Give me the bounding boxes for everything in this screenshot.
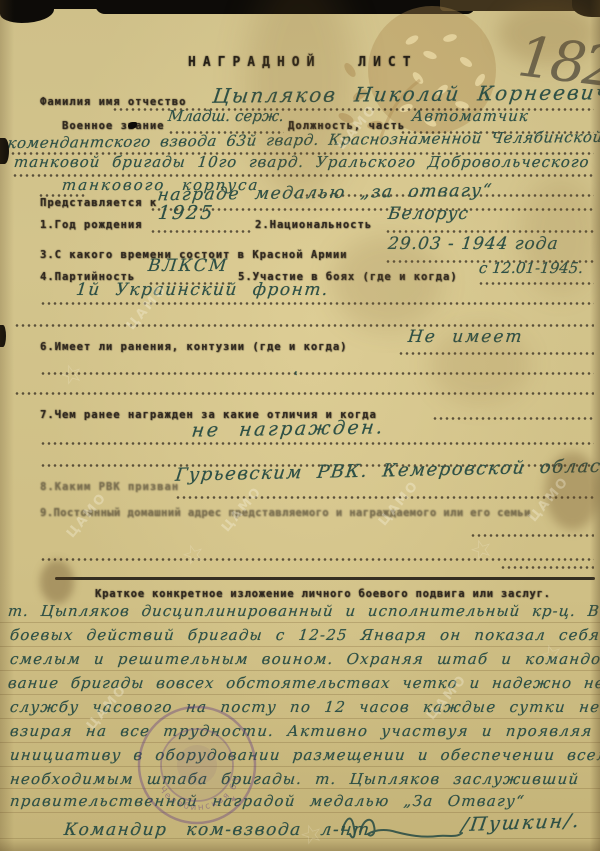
party-value: ВЛКСМ [147, 256, 229, 276]
dotted-line [385, 230, 594, 233]
drafted-by-value: Гурьевским РВК. Кемеровской области [174, 455, 600, 486]
feat-heading: Краткое конкретное изложение личного бое… [95, 588, 551, 600]
edge-mark [0, 138, 9, 164]
name-label: Фамилия имя отчество [40, 96, 186, 108]
unit-line-2: танковой бригады 10го гвард. Уральского … [13, 153, 591, 171]
dotted-line [478, 282, 594, 285]
stamp-star-icon: ★ [230, 791, 237, 805]
nationality-value: Белорус [387, 204, 470, 224]
position-value: Автоматчик [411, 107, 530, 125]
page-title: НАГРАДНОЙ ЛИСТ [188, 55, 418, 70]
ruled-line [0, 788, 600, 789]
archive-watermark: ЦАМО [376, 478, 422, 529]
torn-edge-blob-left [0, 0, 54, 23]
rank-label: Военное звание [62, 120, 165, 132]
torn-edge-corner [572, 0, 600, 17]
dotted-line [432, 417, 594, 420]
ruled-line [0, 670, 600, 671]
dotted-line [14, 392, 594, 395]
dotted-line [40, 372, 594, 375]
prior-awards-value: не награжден. [190, 416, 386, 441]
feat-line-8: необходимым штаба бригады. т. Цыпляков з… [9, 770, 580, 788]
edge-mark [0, 325, 6, 347]
dotted-line [500, 566, 594, 569]
section-divider [55, 577, 595, 580]
archive-watermark: ЦАМО [526, 474, 572, 525]
ruled-line [0, 694, 600, 695]
dotted-line [175, 496, 594, 499]
battles-value: с 12.01-1945. [478, 259, 584, 277]
dotted-line [398, 352, 594, 355]
unit-stamp: Челябинская 63 ★ [132, 700, 262, 830]
home-address-label: 9.Постоянный домашний адрес представляем… [40, 507, 531, 519]
feat-line-4: вание бригады вовсех обстоятельствах чет… [7, 674, 600, 692]
signature-role: Командир ком-взвода л-нт [63, 820, 372, 840]
stain [40, 560, 74, 604]
dotted-line [40, 302, 594, 305]
dotted-line [150, 230, 252, 233]
ruled-line [0, 622, 600, 623]
dotted-line [150, 208, 594, 211]
nationality-label: 2.Национальность [255, 219, 372, 231]
feat-line-2: боевых действий бригады с 12-25 Января о… [9, 626, 600, 644]
ruled-line [0, 742, 600, 743]
drafted-by-label: 8.Каким РВК призван [40, 481, 179, 493]
birth-year-label: 1.Год рождения [40, 219, 143, 231]
signature-name: /Пушкин/. [460, 810, 582, 836]
ruled-line [0, 646, 600, 647]
star-watermark-icon: ☆ [56, 357, 87, 393]
star-watermark-icon: ☆ [466, 532, 497, 568]
dotted-line [40, 558, 594, 561]
dotted-line [40, 442, 594, 445]
presented-label: Представляется к [40, 197, 157, 209]
star-watermark-icon: ☆ [178, 537, 209, 573]
award-sheet-document: 182 НАГРАДНОЙ ЛИСТ Фамилия имя отчество … [0, 0, 600, 851]
name-value: Цыпляков Николай Корнеевич [211, 80, 600, 107]
feat-line-7: инициативу в оборудовании размещении и о… [9, 746, 600, 764]
stray-pen-mark: ‛ [292, 368, 299, 387]
birth-year-value: 1925 [157, 202, 216, 224]
wounds-label: 6.Имеет ли ранения, контузии (где и когд… [40, 341, 348, 353]
service-since-value: 29.03 - 1944 года [387, 234, 560, 254]
feat-line-3: смелым и решительным воином. Охраняя шта… [9, 650, 600, 668]
battles-front-value: 1й Украинский фронт. [75, 280, 330, 300]
feat-line-1: т. Цыпляков дисциплинированный и исполни… [7, 602, 600, 620]
rank-value: Младш. серж. [167, 107, 285, 125]
ruled-line [0, 766, 600, 767]
wounds-value: Не имеет [407, 327, 525, 347]
commander-signature-scribble [338, 808, 468, 846]
